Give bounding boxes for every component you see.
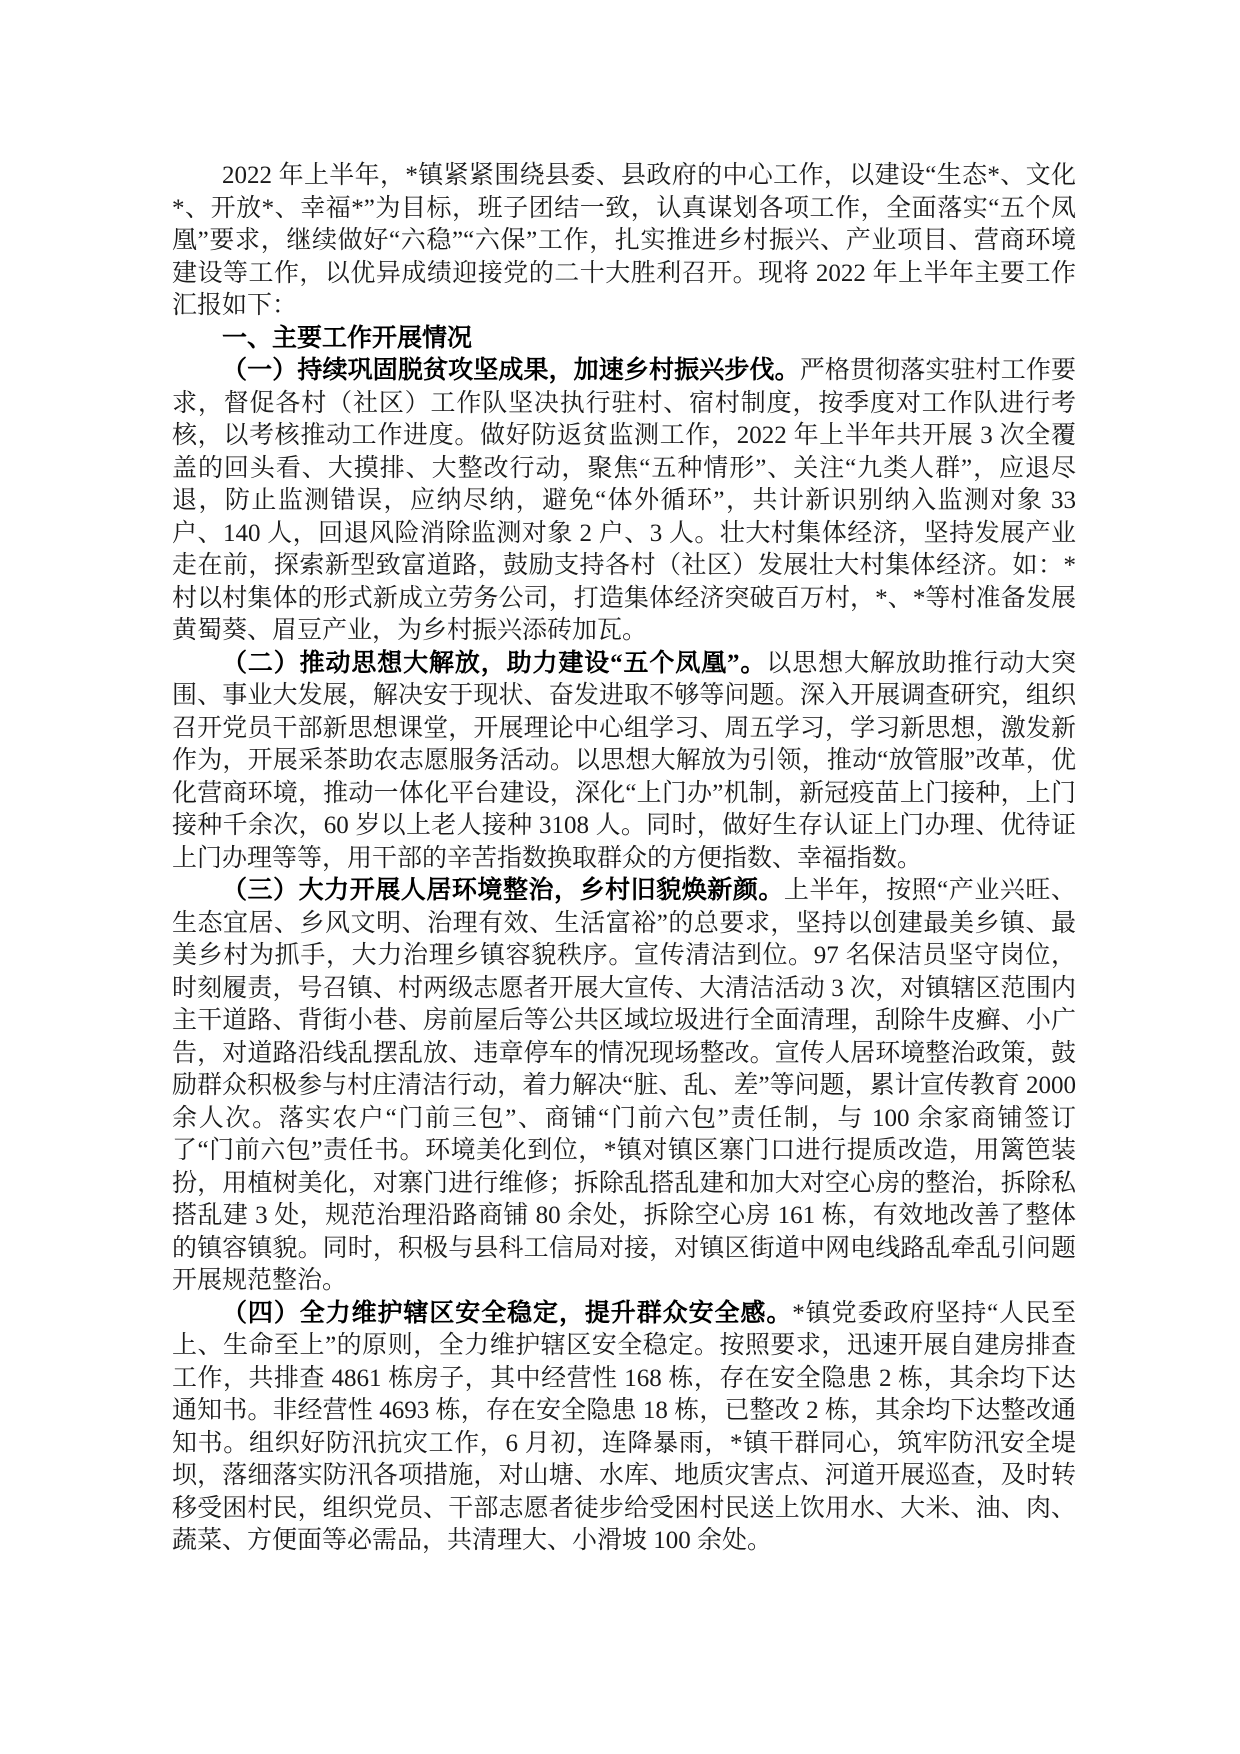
paragraph-item-4-lead: （四）全力维护辖区安全稳定，提升群众安全感。 (222, 1300, 792, 1327)
intro-paragraph: 2022 年上半年，*镇紧紧围绕县委、县政府的中心工作，以建设“生态*、文化*、… (172, 160, 1076, 323)
paragraph-item-1-text: 严格贯彻落实驻村工作要求，督促各村（社区）工作队坚决执行驻村、宿村制度，按季度对… (172, 357, 1076, 644)
section-heading: 一、主要工作开展情况 (172, 323, 1076, 356)
paragraph-item-3-lead: （三）大力开展人居环境整治，乡村旧貌焕新颜。 (222, 877, 784, 904)
paragraph-item-4-text: *镇党委政府坚持“人民至上、生命至上”的原则，全力维护辖区安全稳定。按照要求，迅… (172, 1300, 1076, 1555)
intro-paragraph-text: 2022 年上半年，*镇紧紧围绕县委、县政府的中心工作，以建设“生态*、文化*、… (172, 162, 1076, 319)
paragraph-item-3-text: 上半年，按照“产业兴旺、生态宜居、乡风文明、治理有效、生活富裕”的总要求，坚持以… (172, 877, 1076, 1294)
document-page: 2022 年上半年，*镇紧紧围绕县委、县政府的中心工作，以建设“生态*、文化*、… (0, 0, 1240, 1754)
paragraph-item-4: （四）全力维护辖区安全稳定，提升群众安全感。*镇党委政府坚持“人民至上、生命至上… (172, 1298, 1076, 1558)
paragraph-item-3: （三）大力开展人居环境整治，乡村旧貌焕新颜。上半年，按照“产业兴旺、生态宜居、乡… (172, 875, 1076, 1298)
paragraph-item-2-text: 以思想大解放助推行动大突围、事业大发展，解决安于现状、奋发进取不够等问题。深入开… (172, 650, 1076, 872)
paragraph-item-1: （一）持续巩固脱贫攻坚成果，加速乡村振兴步伐。严格贯彻落实驻村工作要求，督促各村… (172, 355, 1076, 648)
paragraph-item-2: （二）推动思想大解放，助力建设“五个凤凰”。以思想大解放助推行动大突围、事业大发… (172, 648, 1076, 876)
paragraph-item-1-lead: （一）持续巩固脱贫攻坚成果，加速乡村振兴步伐。 (222, 357, 800, 384)
document-body: 2022 年上半年，*镇紧紧围绕县委、县政府的中心工作，以建设“生态*、文化*、… (0, 0, 1240, 1754)
paragraph-item-2-lead: （二）推动思想大解放，助力建设“五个凤凰”。 (222, 650, 766, 677)
